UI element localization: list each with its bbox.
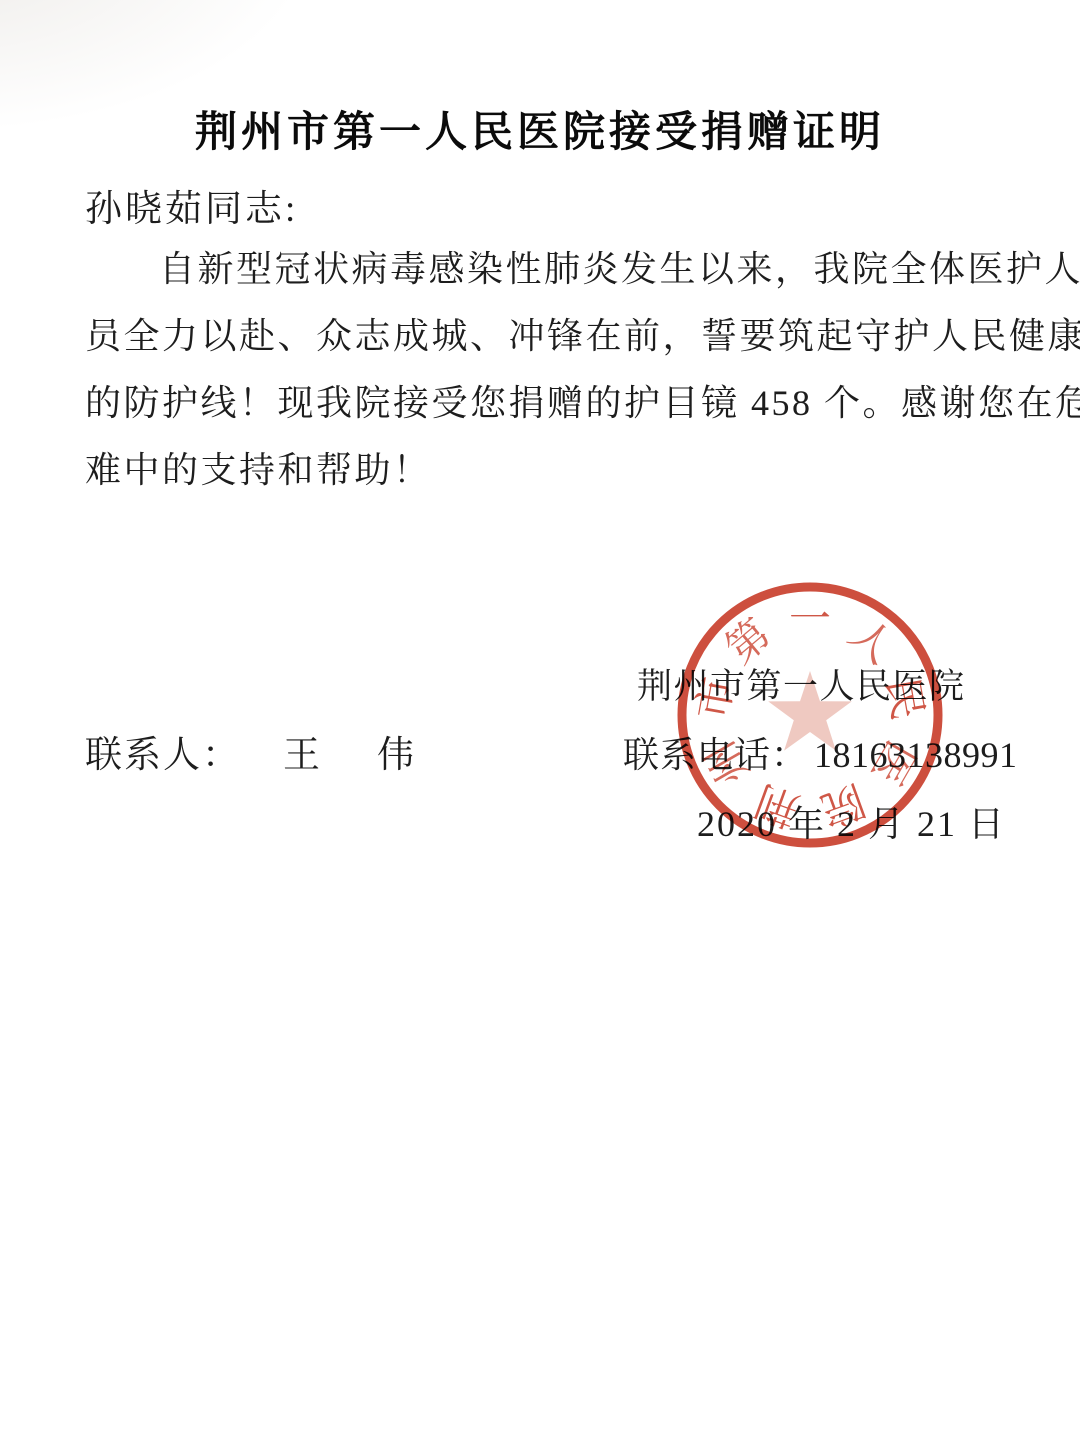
- body-line-4: 难中的支持和帮助！: [85, 437, 1008, 504]
- document-title: 荆州市第一人民医院接受捐赠证明: [0, 99, 1080, 159]
- body-line-2: 员全力以赴、众志成城、冲锋在前，誓要筑起守护人民健康: [85, 303, 1008, 370]
- svg-text:一: 一: [789, 597, 831, 643]
- signature-hospital-name: 荆州市第一人民医院: [637, 659, 966, 709]
- body-line-3: 的防护线！现我院接受您捐赠的护目镜 458 个。感谢您在危: [85, 370, 1008, 437]
- salutation-line: 孙晓茹同志:: [85, 178, 298, 232]
- contact-person-name: 王 伟: [283, 735, 424, 776]
- phone-label: 联系电话：: [623, 735, 808, 775]
- donation-certificate-page: 荆州市第一人民医院接受捐赠证明 孙晓茹同志: 自新型冠状病毒感染性肺炎发生以来，…: [0, 0, 1080, 1440]
- body-line-1: 自新型冠状病毒感染性肺炎发生以来，我院全体医护人: [85, 236, 1008, 303]
- body-paragraph: 自新型冠状病毒感染性肺炎发生以来，我院全体医护人 员全力以赴、众志成城、冲锋在前…: [85, 236, 1008, 504]
- contact-person-label: 联系人：: [85, 735, 241, 776]
- signature-phone-line: 联系电话：18163138991: [623, 727, 1018, 778]
- contact-person-line: 联系人：王 伟: [85, 724, 424, 778]
- signature-date: 2020 年 2 月 21 日: [697, 796, 1006, 847]
- phone-number: 18163138991: [814, 735, 1018, 775]
